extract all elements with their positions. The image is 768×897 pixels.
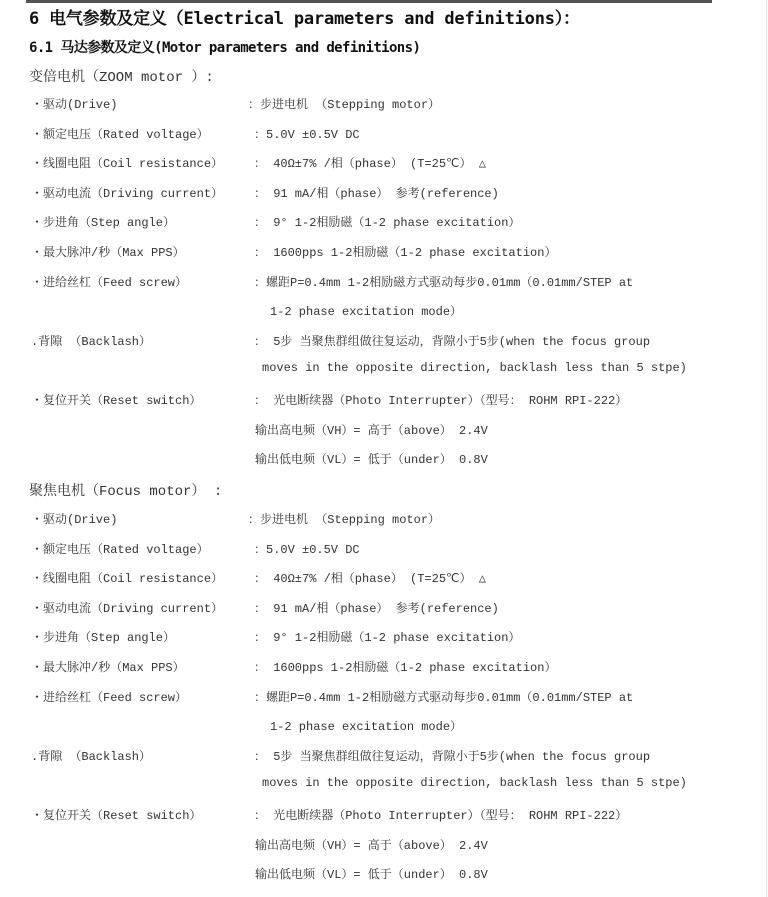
param-label: ・驱动电流（Driving current）	[31, 184, 223, 201]
param-value: 输出高电频（VH）= 高于（above） 2.4V	[255, 421, 488, 438]
param-value: ： 光电断续器（Photo Interrupter）（型号： ROHM RPI-…	[254, 391, 627, 408]
param-value: moves in the opposite direction, backlas…	[262, 776, 687, 790]
param-label: ・额定电压（Rated voltage）	[31, 125, 209, 142]
param-row: 输出高电频（VH）= 高于（above） 2.4V	[0, 421, 768, 443]
param-value: ：5.0V ±0.5V DC	[254, 125, 360, 142]
focus-motor-title: 聚焦电机（Focus motor） :	[29, 480, 222, 500]
subsection-title: 6.1 马达参数及定义(Motor parameters and definit…	[29, 37, 420, 57]
param-value: ：步进电机 （Stepping motor）	[248, 95, 440, 112]
param-label: .背隙 （Backlash）	[31, 332, 151, 349]
param-label: ・步进角（Step angle）	[31, 213, 175, 230]
param-label: ・额定电压（Rated voltage）	[31, 540, 209, 557]
param-value: ： 光电断续器（Photo Interrupter）（型号： ROHM RPI-…	[254, 806, 627, 823]
param-row: ・驱动电流（Driving current）： 91 mA/相（phase） 参…	[0, 184, 768, 206]
param-value: 输出低电频（VL）= 低于（under） 0.8V	[255, 865, 488, 882]
param-value: 输出低电频（VL）= 低于（under） 0.8V	[255, 450, 488, 467]
param-row: ・复位开关（Reset switch）： 光电断续器（Photo Interru…	[0, 391, 768, 413]
param-row: ・额定电压（Rated voltage）：5.0V ±0.5V DC	[0, 540, 768, 562]
param-row: ・驱动(Drive)：步进电机 （Stepping motor）	[0, 95, 768, 117]
param-row: ・最大脉冲/秒（Max PPS）： 1600pps 1-2相励磁（1-2 pha…	[0, 658, 768, 680]
param-row: .背隙 （Backlash）： 5步 当聚焦群组做往复运动，背隙小于5步(whe…	[0, 747, 768, 769]
param-label: ・进给丝杠（Feed screw）	[31, 688, 187, 705]
param-row: 输出低电频（VL）= 低于（under） 0.8V	[0, 865, 768, 887]
param-row: 输出高电频（VH）= 高于（above） 2.4V	[0, 836, 768, 858]
param-label: ・步进角（Step angle）	[31, 628, 175, 645]
param-row: ・步进角（Step angle）： 9° 1-2相励磁（1-2 phase ex…	[0, 628, 768, 650]
param-label: ・线圈电阻（Coil resistance）	[31, 569, 223, 586]
param-label: ・驱动(Drive)	[31, 95, 117, 112]
param-row: ・进给丝杠（Feed screw）：螺距P=0.4mm 1-2相励磁方式驱动每步…	[0, 273, 768, 295]
param-row: ・线圈电阻（Coil resistance）： 40Ω±7% /相（phase）…	[0, 154, 768, 176]
section-title: 6 电气参数及定义（Electrical parameters and defi…	[29, 4, 580, 29]
param-row: 1-2 phase excitation mode）	[0, 302, 768, 324]
param-row: 输出低电频（VL）= 低于（under） 0.8V	[0, 450, 768, 472]
zoom-motor-title: 变倍电机（ZOOM motor ）:	[29, 66, 214, 86]
param-label: ・复位开关（Reset switch）	[31, 806, 201, 823]
param-row: 1-2 phase excitation mode）	[0, 717, 768, 739]
param-value: ：螺距P=0.4mm 1-2相励磁方式驱动每步0.01mm（0.01mm/STE…	[254, 273, 633, 290]
param-row: ・复位开关（Reset switch）： 光电断续器（Photo Interru…	[0, 806, 768, 828]
param-label: .背隙 （Backlash）	[31, 747, 151, 764]
param-value: ： 1600pps 1-2相励磁（1-2 phase excitation）	[254, 658, 556, 675]
param-value: 1-2 phase excitation mode）	[270, 302, 462, 319]
param-value: ：步进电机 （Stepping motor）	[248, 510, 440, 527]
param-row: moves in the opposite direction, backlas…	[0, 361, 768, 383]
param-value: 1-2 phase excitation mode）	[270, 717, 462, 734]
param-row: ・驱动电流（Driving current）： 91 mA/相（phase） 参…	[0, 599, 768, 621]
param-value: ：5.0V ±0.5V DC	[254, 540, 360, 557]
param-value: ： 91 mA/相（phase） 参考(reference)	[254, 184, 499, 201]
param-label: ・最大脉冲/秒（Max PPS）	[31, 243, 185, 260]
param-value: ： 9° 1-2相励磁（1-2 phase excitation）	[254, 213, 520, 230]
param-row: ・最大脉冲/秒（Max PPS）： 1600pps 1-2相励磁（1-2 pha…	[0, 243, 768, 265]
param-value: ： 5步 当聚焦群组做往复运动，背隙小于5步(when the focus gr…	[254, 332, 650, 349]
param-label: ・复位开关（Reset switch）	[31, 391, 201, 408]
param-label: ・驱动(Drive)	[31, 510, 117, 527]
param-value: ： 91 mA/相（phase） 参考(reference)	[254, 599, 499, 616]
param-row: ・步进角（Step angle）： 9° 1-2相励磁（1-2 phase ex…	[0, 213, 768, 235]
param-value: ： 9° 1-2相励磁（1-2 phase excitation）	[254, 628, 520, 645]
param-value: 输出高电频（VH）= 高于（above） 2.4V	[255, 836, 488, 853]
top-border-rule	[26, 0, 712, 3]
param-value: ： 5步 当聚焦群组做往复运动，背隙小于5步(when the focus gr…	[254, 747, 650, 764]
param-label: ・驱动电流（Driving current）	[31, 599, 223, 616]
param-value: ： 40Ω±7% /相（phase） (T=25℃） △	[254, 154, 486, 171]
param-row: ・驱动(Drive)：步进电机 （Stepping motor）	[0, 510, 768, 532]
param-row: moves in the opposite direction, backlas…	[0, 776, 768, 798]
param-label: ・进给丝杠（Feed screw）	[31, 273, 187, 290]
param-row: ・额定电压（Rated voltage）：5.0V ±0.5V DC	[0, 125, 768, 147]
param-value: ： 1600pps 1-2相励磁（1-2 phase excitation）	[254, 243, 556, 260]
param-row: ・线圈电阻（Coil resistance）： 40Ω±7% /相（phase）…	[0, 569, 768, 591]
param-label: ・线圈电阻（Coil resistance）	[31, 154, 223, 171]
param-value: ：螺距P=0.4mm 1-2相励磁方式驱动每步0.01mm（0.01mm/STE…	[254, 688, 633, 705]
param-value: ： 40Ω±7% /相（phase） (T=25℃） △	[254, 569, 486, 586]
param-label: ・最大脉冲/秒（Max PPS）	[31, 658, 185, 675]
param-value: moves in the opposite direction, backlas…	[262, 361, 687, 375]
param-row: .背隙 （Backlash）： 5步 当聚焦群组做往复运动，背隙小于5步(whe…	[0, 332, 768, 354]
param-row: ・进给丝杠（Feed screw）：螺距P=0.4mm 1-2相励磁方式驱动每步…	[0, 688, 768, 710]
